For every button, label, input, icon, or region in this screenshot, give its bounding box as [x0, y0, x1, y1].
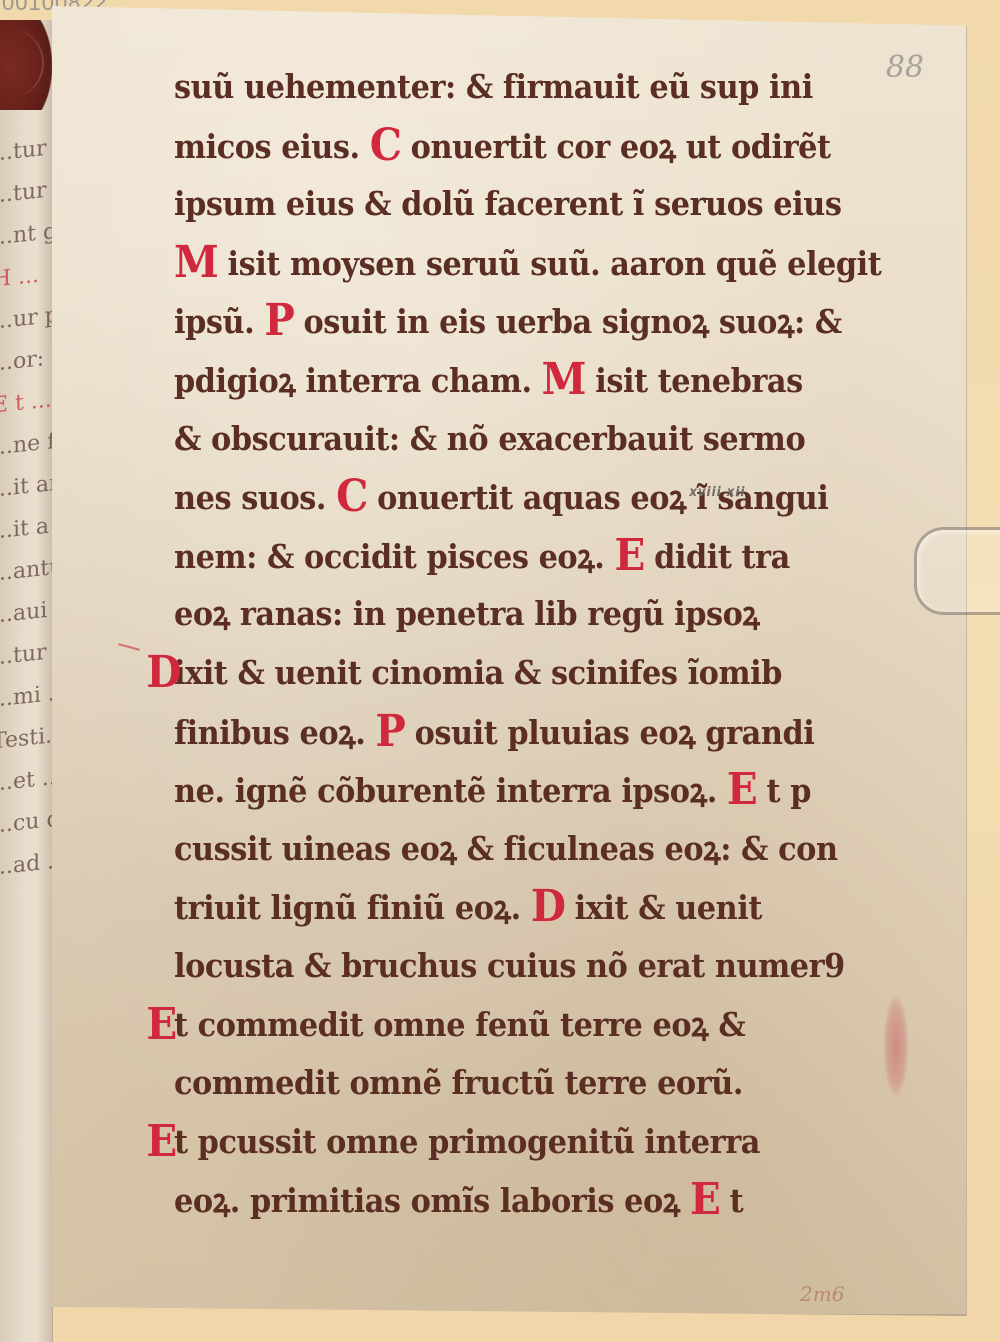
line-text: pdigioꝝ interra cham.	[174, 361, 542, 400]
line-text: triuit lignũ finiũ eoꝝ.	[174, 888, 531, 927]
rubricated-initial: D	[146, 644, 181, 702]
rubricated-initial: M	[174, 234, 218, 292]
text-line: Misit moysen seruũ suũ. aaron quẽ elegit	[174, 234, 910, 293]
line-text: & obscurauit: & nõ exacerbauit sermo	[174, 419, 805, 458]
text-line: Dixit & uenit cinomia & scinifes ĩomib	[174, 644, 910, 703]
rubricated-initial: P	[264, 292, 294, 350]
line-text: nes suos.	[174, 478, 336, 517]
line-text: ixit & uenit cinomia & scinifes ĩomib	[174, 653, 782, 692]
line-text: onuertit aquas eoꝝ ĩ sangui	[377, 478, 828, 517]
line-text: t	[730, 1181, 744, 1220]
text-line: triuit lignũ finiũ eoꝝ. Dixit & uenit	[174, 878, 910, 937]
line-text: ipsum eius & dolũ facerent ĩ seruos eius	[174, 184, 841, 223]
previous-leaf-edge: ...tur ...tur a ... ...nt greg... H ... …	[0, 20, 53, 1342]
text-line: cussit uineas eoꝝ & ficulneas eoꝝ: & con	[174, 820, 910, 879]
line-text: ixit & uenit	[575, 888, 762, 927]
line-text: onuertit cor eoꝝ ut odirẽt	[411, 127, 831, 166]
page-clip	[914, 527, 1000, 615]
rubricated-initial: C	[370, 117, 402, 175]
interlinear-gloss: xviii xii	[689, 464, 745, 522]
rubricated-initial: E	[146, 996, 176, 1054]
text-line: nem: & occidit pisces eoꝝ. Edidit tra	[174, 527, 910, 586]
text-line: micos eius. Conuertit cor eoꝝ ut odirẽt	[174, 117, 910, 176]
rubricated-initial: E	[690, 1171, 720, 1229]
line-text: suũ uehementer: & firmauit eũ sup ini	[174, 67, 813, 106]
text-line: eoꝝ. primitias omĩs laboris eoꝝ Et	[174, 1171, 910, 1230]
previous-leaf-text: ...tur ...tur a ... ...nt greg... H ... …	[0, 126, 53, 889]
text-line: finibus eoꝝ. Posuit pluuias eoꝝ grandi	[174, 703, 910, 762]
rubricated-initial: E	[727, 761, 757, 819]
line-text: locusta & bruchus cuius nõ erat numer9	[174, 946, 845, 985]
text-line: ipsum eius & dolũ facerent ĩ seruos eius	[174, 175, 910, 234]
text-line: commedit omnẽ fructũ terre eorũ.	[174, 1054, 910, 1113]
line-text: ne. ignẽ cõburentẽ interra ipsoꝝ.	[174, 771, 727, 810]
text-line: pdigioꝝ interra cham. Misit tenebras	[174, 351, 910, 410]
text-line: eoꝝ ranas: in penetra lib regũ ipsoꝝ	[174, 585, 910, 644]
text-line: suũ uehementer: & firmauit eũ sup ini	[174, 58, 910, 117]
rubricated-initial: E	[615, 527, 645, 585]
line-text: commedit omnẽ fructũ terre eorũ.	[174, 1063, 743, 1102]
line-text: eoꝝ. primitias omĩs laboris eoꝝ	[174, 1181, 690, 1220]
line-text: osuit in eis uerba signoꝝ suoꝝ: &	[304, 302, 842, 341]
rubricated-initial: M	[542, 351, 586, 409]
line-text: t pcussit omne primogenitũ interra	[174, 1122, 760, 1161]
rubricated-initial: P	[375, 703, 405, 761]
line-text: isit moysen seruũ suũ. aaron quẽ elegit	[228, 244, 882, 283]
rubricated-initial: D	[531, 878, 566, 936]
text-line: locusta & bruchus cuius nõ erat numer9	[174, 937, 910, 996]
line-text: cussit uineas eoꝝ & ficulneas eoꝝ: & con	[174, 829, 838, 868]
text-line: & obscurauit: & nõ exacerbauit sermo	[174, 410, 910, 469]
manuscript-folio: 88 suũ uehementer: & firmauit eũ sup ini…	[52, 6, 967, 1316]
line-text: osuit pluuias eoꝝ grandi	[415, 713, 815, 752]
line-text: ipsũ.	[174, 302, 264, 341]
rubric-stroke	[118, 643, 140, 651]
text-line: ipsũ. Posuit in eis uerba signoꝝ suoꝝ: &	[174, 292, 910, 351]
binding-edge	[0, 20, 52, 110]
line-text: eoꝝ ranas: in penetra lib regũ ipsoꝝ	[174, 594, 759, 633]
line-text: t commedit omne fenũ terre eoꝝ &	[174, 1005, 745, 1044]
line-text: didit tra	[654, 537, 790, 576]
line-text: nem: & occidit pisces eoꝝ.	[174, 537, 615, 576]
line-text: finibus eoꝝ.	[174, 713, 375, 752]
rubricated-initial: E	[146, 1113, 176, 1171]
text-line: ne. ignẽ cõburentẽ interra ipsoꝝ. Et p	[174, 761, 910, 820]
text-line: nes suos. Conuertit aquas eoꝝ ĩ sangui x…	[174, 468, 910, 527]
line-text: t p	[767, 771, 811, 810]
pencil-annotation: 2m6	[800, 1282, 844, 1306]
rubricated-initial: C	[336, 468, 368, 526]
line-text: micos eius.	[174, 127, 370, 166]
text-line: Et pcussit omne primogenitũ interra	[174, 1113, 910, 1172]
text-block: suũ uehementer: & firmauit eũ sup ini mi…	[174, 58, 974, 1230]
text-line: Et commedit omne fenũ terre eoꝝ &	[174, 996, 910, 1055]
line-text: isit tenebras	[595, 361, 802, 400]
